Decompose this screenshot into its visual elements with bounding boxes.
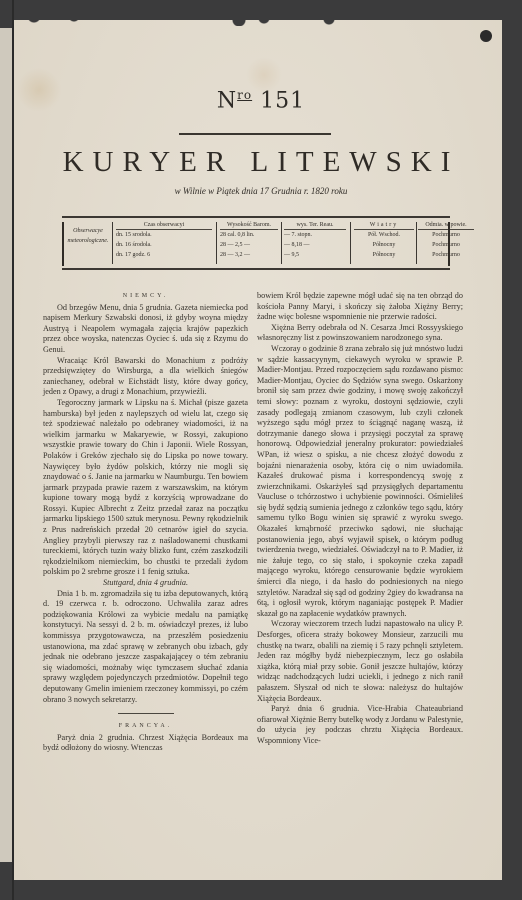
column-wind: Wiatry Pół. Wschod. Północny Północny	[354, 222, 414, 264]
table-border-right	[448, 222, 450, 266]
article-paragraph: Paryż dnia 2 grudnia. Chrzest Xiążęcia B…	[43, 733, 248, 754]
place-date-heading: Stuttgard, dnia 4 grudnia.	[43, 578, 248, 589]
article-paragraph: Wczoray wieczorem trzech ludzi napastowa…	[257, 619, 463, 704]
dateline: w Wilnie w Piątek dnia 17 Grudnia r. 182…	[0, 186, 522, 196]
cell-sky: Pochmurno	[418, 230, 474, 240]
header-barometer: Wysokość Barom.	[220, 222, 278, 230]
cell-wind: Pół. Wschod.	[354, 230, 414, 240]
paper-hole	[480, 30, 492, 42]
article-paragraph: Wracaiąc Król Bawarski do Monachium z po…	[43, 356, 248, 398]
header-sky: Odmia. w powie.	[418, 222, 474, 230]
table-divider	[112, 222, 113, 264]
article-paragraph: Dnia 1 b. m. zgromadziła się tu izba dep…	[43, 589, 248, 706]
section-heading-france: FRANCYA.	[43, 721, 248, 732]
right-column: bowiem Król będzie zapewne mógł udać się…	[257, 291, 463, 747]
cell-time: dn. 17 godz. 6	[116, 250, 212, 260]
cell-thermometer: — 9,5	[284, 250, 346, 260]
number-prefix: N	[217, 88, 237, 113]
article-paragraph: Wczoray o godzinie 8 zrana zebrało się j…	[257, 344, 463, 619]
table-divider	[416, 222, 417, 264]
left-column: NIEMCY. Od brzegów Menu, dnia 5 grudnia.…	[43, 291, 248, 754]
article-paragraph: Tegoroczny jarmark w Lipsku na ś. Michał…	[43, 398, 248, 578]
column-barometer: Wysokość Barom. 28 cal. 0,8 lin. 28 — 2,…	[220, 222, 278, 264]
header-thermometer: wys. Ter. Reau.	[284, 222, 346, 230]
table-divider	[281, 222, 282, 264]
column-time: Czas obserwacyi dn. 15 srodola. dn. 16 ś…	[116, 222, 212, 264]
section-heading-germany: NIEMCY.	[43, 291, 248, 302]
cell-barometer: 28 — 2,5 —	[220, 240, 278, 250]
weather-label: Obserwacye meteorologiczne.	[66, 222, 110, 268]
cell-time: dn. 16 środola.	[116, 240, 212, 250]
cell-wind: Północny	[354, 240, 414, 250]
article-paragraph: Od brzegów Menu, dnia 5 grudnia. Gazeta …	[43, 303, 248, 356]
masthead-rule	[179, 133, 331, 135]
weather-observations-table: Obserwacye meteorologiczne. Czas obserwa…	[62, 216, 450, 270]
cell-thermometer: — 7. stopn.	[284, 230, 346, 240]
table-divider	[216, 222, 217, 264]
issue-number: Nro 151	[0, 88, 522, 113]
table-border-left	[62, 222, 64, 266]
cell-thermometer: — 8,18 —	[284, 240, 346, 250]
table-divider	[350, 222, 351, 264]
cell-sky: Pochmurno	[418, 240, 474, 250]
article-paragraph: bowiem Król będzie zapewne mógł udać się…	[257, 291, 463, 323]
article-paragraph: Paryż dnia 6 grudnia. Vice-Hrabia Chatea…	[257, 704, 463, 746]
article-paragraph: Xiężna Berry odebrała od N. Cesarza Jmci…	[257, 323, 463, 344]
column-sky: Odmia. w powie. Pochmurno Pochmurno Poch…	[418, 222, 474, 264]
header-wind: Wiatry	[354, 222, 414, 230]
cell-barometer: 28 — 3,2 —	[220, 250, 278, 260]
torn-top-edge	[14, 16, 502, 26]
newspaper-title: KURYER LITEWSKI	[0, 146, 522, 179]
column-thermometer: wys. Ter. Reau. — 7. stopn. — 8,18 — — 9…	[284, 222, 346, 264]
cell-barometer: 28 cal. 0,8 lin.	[220, 230, 278, 240]
cell-time: dn. 15 srodola.	[116, 230, 212, 240]
number-suffix: ro	[237, 88, 252, 102]
header-time: Czas obserwacyi	[116, 222, 212, 230]
number-value: 151	[260, 88, 305, 113]
cell-wind: Północny	[354, 250, 414, 260]
cell-sky: Pochmurno	[418, 250, 474, 260]
section-separator	[118, 713, 174, 714]
